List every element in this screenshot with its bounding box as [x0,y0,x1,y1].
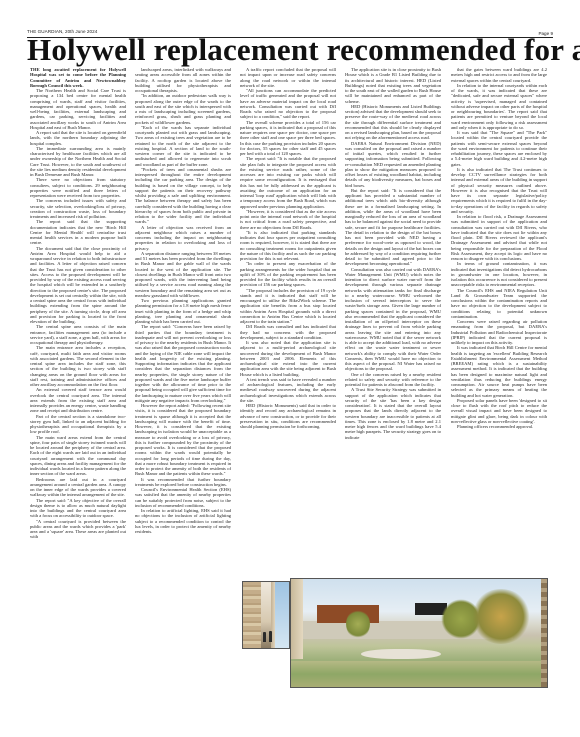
article-paragraph: that the gates between ward buildings ar… [451,67,547,83]
article-paragraph: The report said: "Concerns have been rai… [135,324,231,403]
article-paragraph: "A central courtyard is provided between… [30,519,126,540]
article-paragraph: There were no objections from statutory … [30,177,126,198]
article-paragraph: HED (Historic Monuments and Listed Build… [345,104,441,141]
article-paragraph: The Council's EHS and NIEA Regulation Un… [451,288,547,320]
article-paragraph: One of the concerns raised by a nearby r… [345,372,441,388]
article-paragraph: A separation distance ranging between 38… [135,251,231,298]
article-paragraph: It was said that "The Square" and "The P… [451,130,547,167]
sky [275,582,289,648]
article-paragraph: The overall scheme provides a total of 1… [240,120,336,157]
person-figure [263,632,266,642]
article-paragraph: Bedrooms are laid out in a courtyard arr… [30,477,126,498]
article-paragraph: It was recommended that further boundary… [135,477,231,488]
article-paragraph: A traffic report concluded that the prop… [240,67,336,88]
article-paragraph: The report said: "A key objective of the… [30,498,126,519]
article-paragraph: A test trench was said to have revealed … [240,377,336,403]
article-paragraph: "Each of the wards has separate individu… [135,125,231,167]
article-paragraph: THE long awaited replacement for Holywel… [30,67,126,88]
article-column-5: that the gates between ward buildings ar… [451,67,547,429]
article-paragraph: "All junctions can accommodate the predi… [240,88,336,120]
article-paragraph: "The proposal includes the provision of … [240,288,336,325]
article-paragraph: It was also noted that the application s… [240,340,336,377]
article-paragraph: However the report added: "Following rec… [135,403,231,477]
article-paragraph: DAERA Natural Environment Division (NED)… [345,141,441,188]
article-paragraph: It was indicated that Birch Hill Centre … [451,345,547,398]
planting-beds [291,661,547,687]
article-paragraph: landscaped areas, interlinked with walkw… [135,67,231,93]
article-paragraph: In relation to flood risk, a Drainage As… [451,214,547,261]
article-paragraph: In relation to artificial lighting, EHS … [135,508,231,534]
article-column-2: landscaped areas, interlinked with walkw… [135,67,231,534]
article-column-4: The application site is in close proximi… [345,67,441,440]
circular-planter [361,649,441,659]
article-paragraph: It is also indicated that The Trust cont… [451,167,547,214]
article-paragraph: The central spine area consists of the m… [30,324,126,345]
article-paragraph: Part of the central section is a standal… [30,414,126,435]
article-paragraph: "Pockets of trees and ornamental shrubs … [135,167,231,225]
article-paragraph: Concerns were raised regarding air pollu… [451,319,547,345]
article-paragraph: The application site is in close proximi… [345,67,441,104]
stone-wall [243,582,261,648]
article-paragraph: The immediate surrounding area is mainly… [30,146,126,178]
article-column-3: A traffic report concluded that the prop… [240,67,336,429]
article-paragraph: The report said that the supporting docu… [30,219,126,245]
tree [346,609,370,639]
article-paragraph: In terms of ground contamination, it was… [451,261,547,287]
article-paragraph: But the report said: "It is considered t… [345,188,441,267]
facade-photo [242,581,290,649]
courtyard-render [290,578,548,688]
article-paragraph: HED (Historic Monuments) said that in or… [240,403,336,429]
tree [471,589,531,644]
article-paragraph: A Trust Site Security Strategy was submi… [345,387,441,440]
article-paragraph: Two previous planning applications grant… [135,298,231,324]
article-paragraph: A report said that the site is located o… [30,130,126,146]
headline: Holywell replacement recommended for app… [27,36,553,64]
article-paragraph: An external covered staff terrace area w… [30,387,126,413]
article-paragraph: A letter of objection was received from … [135,225,231,251]
article-paragraph: The Northern Health and Social Care Trus… [30,88,126,130]
article-paragraph: Planning officers recommended approval. [451,424,547,429]
article-paragraph: Proposed solar panels have been 'designe… [451,398,547,424]
article-column-1: THE long awaited replacement for Holywel… [30,67,126,540]
article-paragraph: The main ward areas extend from the cent… [30,435,126,477]
stone-wall [291,579,303,659]
article-paragraph: Consultation was also carried out with D… [345,267,441,372]
article-paragraph: The document said that the close proximi… [30,246,126,325]
article-paragraph: The report said: "It is notable that the… [240,156,336,209]
article-paragraph: "However, it is considered that as the s… [240,209,336,230]
article-paragraph: Council's Environmental Health Section (… [135,487,231,508]
article-paragraph: In relation to the internal courtyards w… [451,83,547,130]
article-paragraph: "In addition, an outdoor pedestrian walk… [135,93,231,125]
article-paragraph: The main entrance area includes a recept… [30,345,126,387]
article-paragraph: "It is also indicated that parking stand… [240,230,336,262]
article-paragraph: "In order to present any exacerbation of… [240,261,336,287]
stone-edge [541,579,547,687]
article-paragraph: The concerns included issues with safety… [30,198,126,219]
person-figure [269,631,272,642]
article-paragraph: DfI Roads was consulted and has indicate… [240,324,336,340]
